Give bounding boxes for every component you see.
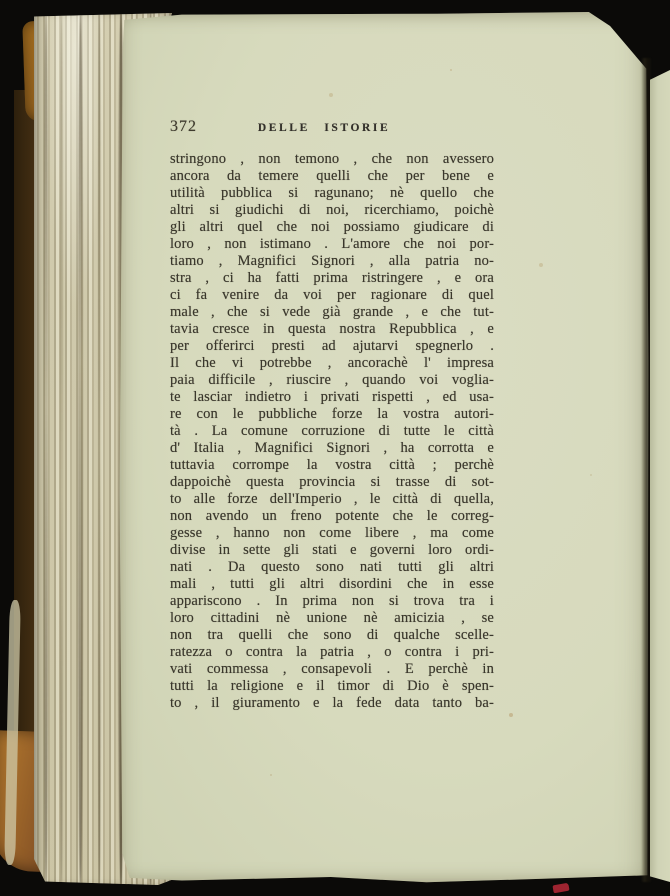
- text-line: te lasciar indietro i privati rispetti ,…: [170, 389, 494, 406]
- text-line: divise in sette gli stati e governi loro…: [170, 542, 494, 559]
- text-line: utilità pubblica si ragunano; nè quello …: [170, 185, 494, 202]
- page-number: 372: [170, 118, 197, 136]
- text-line: stringono , non temono , che non avesser…: [170, 151, 494, 168]
- text-line: Il che vi potrebbe , ancorachè l' impres…: [170, 355, 494, 372]
- text-line: male , che si vede già grande , e che tu…: [170, 304, 494, 321]
- text-line: tavia cresce in questa nostra Repubblica…: [170, 321, 494, 338]
- page-header: 372 DELLE ISTORIE: [170, 118, 494, 142]
- text-line: gli altri quel che noi possiamo giudicar…: [170, 219, 494, 236]
- text-line: dappoichè questa provincia si trasse di …: [170, 474, 494, 491]
- text-line: gesse , hanno non come libere , ma come: [170, 525, 494, 542]
- ribbon-marker: [552, 883, 569, 894]
- print-area: 372 DELLE ISTORIE stringono , non temono…: [170, 118, 494, 712]
- text-line: loro cittadini nè unione nè amicizia , s…: [170, 610, 494, 627]
- text-line: tà . La comune corruzione di tutte le ci…: [170, 423, 494, 440]
- text-line: to alle forze dell'Imperio , le città di…: [170, 491, 494, 508]
- page-edge-streak: [98, 13, 101, 885]
- text-line: tutti la religione e il timor di Dio è s…: [170, 678, 494, 695]
- text-line: paia difficile , riuscire , quando voi v…: [170, 372, 494, 389]
- text-line: non avendo un freno potente che le corre…: [170, 508, 494, 525]
- page-edge-streak: [60, 13, 63, 885]
- page-edge-streak: [78, 13, 83, 885]
- text-line: appariscono . In prima non si trova tra …: [170, 593, 494, 610]
- text-line: ci fa venire da voi per ragionare di que…: [170, 287, 494, 304]
- page-edge-streak: [44, 13, 48, 885]
- text-line: ratezza o contra la patria , o contra i …: [170, 644, 494, 661]
- book-photo: 372 DELLE ISTORIE stringono , non temono…: [0, 0, 670, 896]
- text-line: to , il giuramento e la fede data tanto …: [170, 695, 494, 712]
- text-line: tuttavia corrompe la vostra città ; perc…: [170, 457, 494, 474]
- gutter-crease: [641, 58, 651, 882]
- text-line: stra , ci ha fatti prima ristringere , e…: [170, 270, 494, 287]
- text-line: altri si giudichi di noi, ricerchiamo, p…: [170, 202, 494, 219]
- text-line: d' Italia , Magnifici Signori , ha corro…: [170, 440, 494, 457]
- text-line: nati . Da questo sono nati tutti gli alt…: [170, 559, 494, 576]
- running-header: DELLE ISTORIE: [258, 122, 390, 134]
- text-line: per offerirci presti ad ajutarvi spegner…: [170, 338, 494, 355]
- adjacent-page-strip: [650, 70, 670, 882]
- text-line: ancora da temere quelli che per bene e: [170, 168, 494, 185]
- text-line: loro , non istimano . L'amore che noi po…: [170, 236, 494, 253]
- text-line: mali , tutti gli altri disordini che in …: [170, 576, 494, 593]
- text-line: re con le pubbliche forze la vostra auto…: [170, 406, 494, 423]
- text-line: tiamo , Magnifici Signori , alla patria …: [170, 253, 494, 270]
- text-line: non tra quelli che sono di qualche scell…: [170, 627, 494, 644]
- text-block: stringono , non temono , che non avesser…: [170, 151, 494, 712]
- text-line: vati commessa , consapevoli . E perchè i…: [170, 661, 494, 678]
